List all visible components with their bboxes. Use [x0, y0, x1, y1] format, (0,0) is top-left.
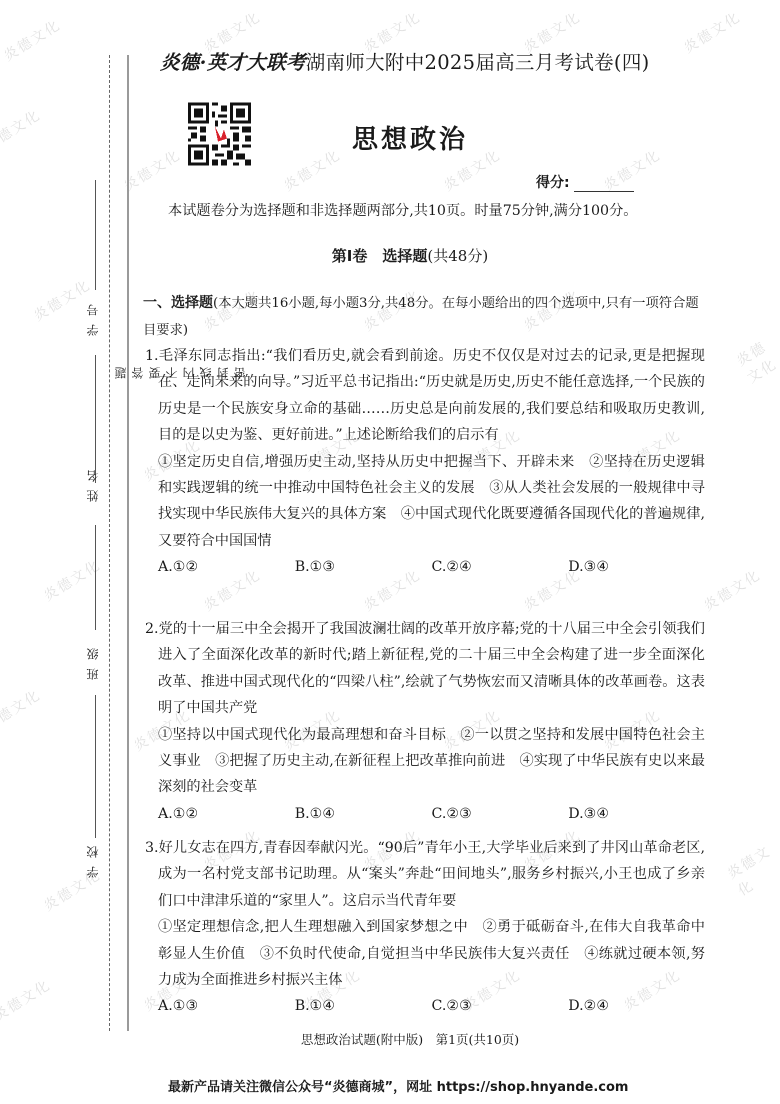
- section-heading: 一、选择题(本大题共16小题,每小题3分,共48分。在每小题给出的四个选项中,只…: [143, 290, 703, 344]
- part-title: 第Ⅰ卷 选择题: [332, 247, 428, 265]
- choice-c[interactable]: C.②④: [432, 554, 569, 580]
- choice-d[interactable]: D.③④: [568, 554, 705, 580]
- answer-choices: A.①③ B.①④ C.②③ D.②④: [145, 993, 705, 1019]
- section-title: 一、选择题: [143, 295, 213, 311]
- answer-choices: A.①② B.①③ C.②④ D.③④: [145, 554, 705, 580]
- question-options: ①坚定历史自信,增强历史主动,坚持从历史中把握当下、开辟未来 ②坚持在历史逻辑和…: [145, 449, 705, 555]
- name-label: 姓名: [84, 462, 101, 502]
- section-note: (本大题共16小题,每小题3分,共48分。在每小题给出的四个选项中,只有一项符合…: [143, 296, 699, 338]
- question-number: 2.: [145, 621, 159, 637]
- student-id-label: 学号: [84, 296, 101, 336]
- question-stem: 3.好儿女志在四方,青春因奉献闪光。“90后”青年小王,大学毕业后来到了井冈山革…: [145, 835, 705, 914]
- part-points: (共48分): [427, 247, 488, 265]
- class-label: 班级: [84, 640, 101, 680]
- choice-a[interactable]: A.①②: [158, 801, 295, 827]
- exam-brand: 炎德·英才大联考: [160, 51, 306, 74]
- question-1: 1.毛泽东同志指出:“我们看历史,就会看到前途。历史不仅仅是对过去的记录,更是把…: [145, 343, 705, 581]
- promo-banner[interactable]: 最新产品请关注微信公众号“炎德商城”，网址 https://shop.hnyan…: [168, 1076, 628, 1095]
- choice-b[interactable]: B.①④: [295, 801, 432, 827]
- exam-instructions: 本试题卷分为选择题和非选择题两部分,共10页。时量75分钟,满分100分。: [168, 200, 637, 220]
- question-options: ①坚定理想信念,把人生理想融入到国家梦想之中 ②勇于砥砺奋斗,在伟大自我革命中彰…: [145, 914, 705, 993]
- watermark: 炎德文化: [700, 565, 765, 616]
- score-field: 得分:: [536, 172, 634, 192]
- question-2: 2.党的十一届三中全会揭开了我国波澜壮阔的改革开放序幕;党的十八届三中全会引领我…: [145, 616, 705, 827]
- school-label: 学校: [84, 838, 101, 878]
- question-stem: 1.毛泽东同志指出:“我们看历史,就会看到前途。历史不仅仅是对过去的记录,更是把…: [145, 343, 705, 449]
- watermark: 炎德文化: [0, 975, 54, 1026]
- score-label: 得分:: [536, 175, 570, 191]
- choice-a[interactable]: A.①②: [158, 554, 295, 580]
- school-fill-line: [95, 695, 96, 838]
- question-number: 3.: [145, 840, 159, 856]
- question-text: 毛泽东同志指出:“我们看历史,就会看到前途。历史不仅仅是对过去的记录,更是把握现…: [158, 348, 705, 443]
- choice-c[interactable]: C.②③: [432, 801, 569, 827]
- watermark: 炎德文化: [723, 840, 780, 900]
- choice-d[interactable]: D.③④: [568, 801, 705, 827]
- question-3: 3.好儿女志在四方,青春因奉献闪光。“90后”青年小王,大学毕业后来到了井冈山革…: [145, 835, 705, 1020]
- answer-choices: A.①② B.①④ C.②③ D.③④: [145, 801, 705, 827]
- choice-c[interactable]: C.②③: [432, 993, 569, 1019]
- question-number: 1.: [145, 348, 159, 364]
- watermark: 炎德文化: [732, 332, 780, 387]
- warning-char: 题: [112, 367, 129, 379]
- exam-title: 炎德·英才大联考湖南师大附中2025届高三月考试卷(四): [160, 47, 720, 75]
- watermark: 炎德文化: [0, 15, 64, 66]
- choice-b[interactable]: B.①③: [295, 554, 432, 580]
- choice-d[interactable]: D.②④: [568, 993, 705, 1019]
- page-footer: 思想政治试题(附中版) 第1页(共10页): [0, 1030, 780, 1048]
- warning-char: 答: [129, 367, 146, 379]
- class-fill-line: [95, 525, 96, 630]
- subject-title: 思想政治: [0, 119, 780, 156]
- part-heading: 第Ⅰ卷 选择题(共48分): [0, 245, 780, 266]
- question-text: 党的十一届三中全会揭开了我国波澜壮阔的改革开放序幕;党的十八届三中全会引领我们进…: [158, 621, 705, 716]
- student-id-fill-line: [95, 180, 96, 290]
- score-blank[interactable]: [574, 178, 634, 192]
- watermark: 炎德文化: [0, 685, 44, 736]
- question-stem: 2.党的十一届三中全会揭开了我国波澜壮阔的改革开放序幕;党的十八届三中全会引领我…: [145, 616, 705, 722]
- choice-b[interactable]: B.①④: [295, 993, 432, 1019]
- question-text: 好儿女志在四方,青春因奉献闪光。“90后”青年小王,大学毕业后来到了井冈山革命老…: [158, 840, 705, 909]
- exam-name: 湖南师大附中2025届高三月考试卷(四): [306, 51, 650, 74]
- binding-margin-line: [127, 55, 129, 1031]
- choice-a[interactable]: A.①③: [158, 993, 295, 1019]
- binding-cut-line: [109, 55, 110, 1031]
- question-options: ①坚持以中国式现代化为最高理想和奋斗目标 ②一以贯之坚持和发展中国特色社会主义事…: [145, 722, 705, 801]
